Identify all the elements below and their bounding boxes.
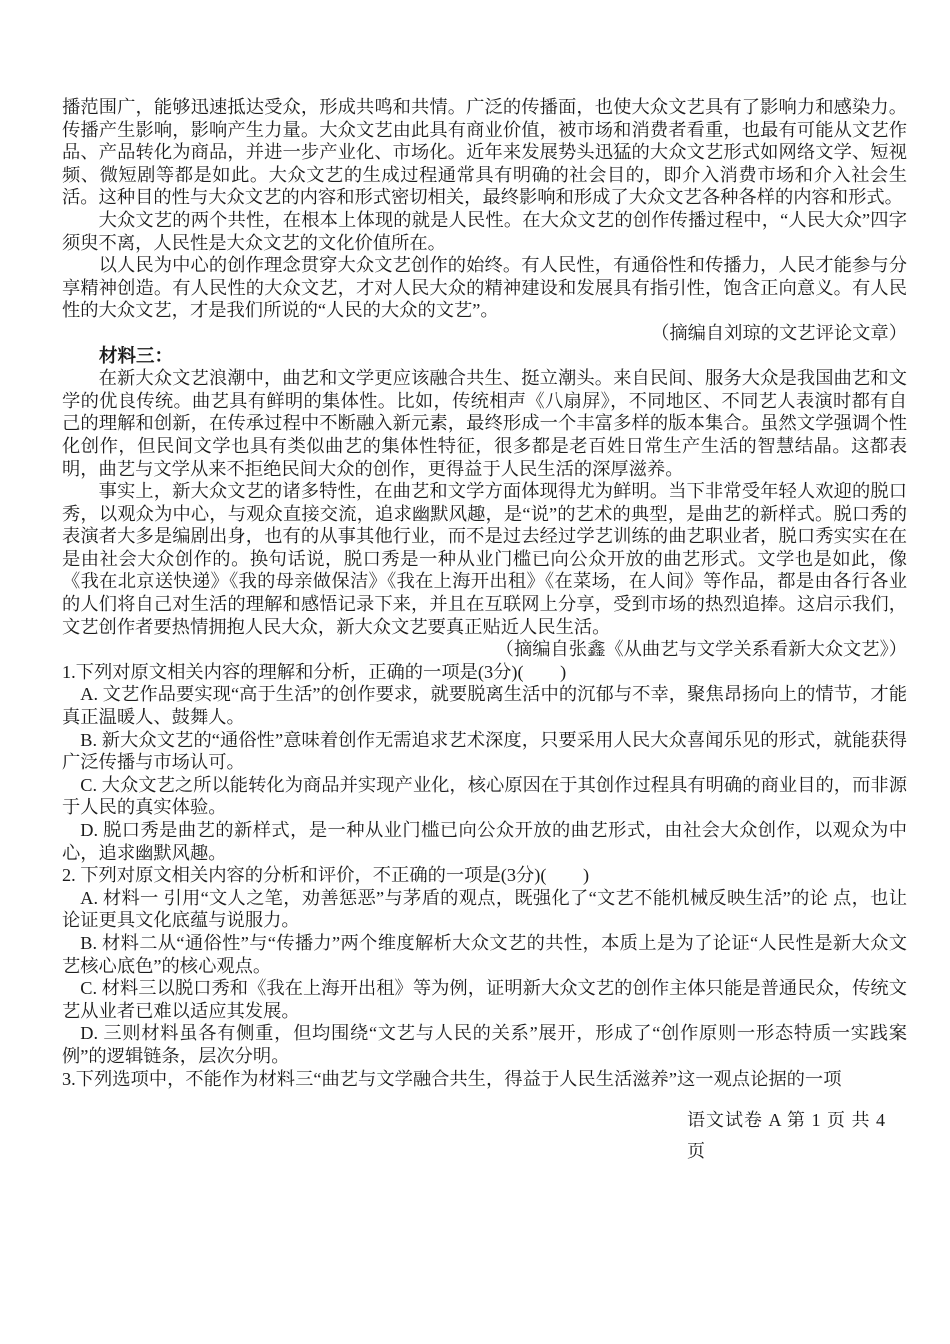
question-2-option-a: A. 材料一 引用“文人之笔，劝善惩恶”与茅盾的观点，既强化了“文艺不能机械反映… (62, 887, 907, 932)
material2-attribution: （摘编自刘琼的文艺评论文章） (62, 322, 907, 345)
question-1-option-a: A. 文艺作品要实现“高于生活”的创作要求，就要脱离生活中的沉郁与不幸，聚焦昂扬… (62, 683, 907, 728)
question-2-stem: 2. 下列对原文相关内容的分析和评价，不正确的一项是(3分)( ) (62, 864, 907, 887)
question-1-stem: 1.下列对原文相关内容的理解和分析，正确的一项是(3分)( ) (62, 661, 907, 684)
material2-paragraph-3: 以人民为中心的创作理念贯穿大众文艺创作的始终。有人民性，有通俗性和传播力，人民才… (62, 254, 907, 322)
document-body: 播范围广，能够迅速抵达受众，形成共鸣和共情。广泛的传播面，也使大众文艺具有了影响… (62, 96, 907, 1090)
question-3-stem: 3.下列选项中，不能作为材料三“曲艺与文学融合共生，得益于人民生活滋养”这一观点… (62, 1068, 907, 1091)
question-2-option-c: C. 材料三以脱口秀和《我在上海开出租》等为例，证明新大众文艺的创作主体只能是普… (62, 977, 907, 1022)
material2-paragraph-1: 播范围广，能够迅速抵达受众，形成共鸣和共情。广泛的传播面，也使大众文艺具有了影响… (62, 96, 907, 209)
footer-line-1: 语文试卷 A 第 1 页 共 4 (687, 1105, 902, 1136)
question-1-option-b: B. 新大众文艺的“通俗性”意味着创作无需追求艺术深度，只要采用人民大众喜闻乐见… (62, 729, 907, 774)
footer-line-2: 页 (687, 1136, 902, 1167)
question-2-option-d: D. 三则材料虽各有侧重，但均围绕“文艺与人民的关系”展开，形成了“创作原则一形… (62, 1022, 907, 1067)
exam-page: 播范围广，能够迅速抵达受众，形成共鸣和共情。广泛的传播面，也使大众文艺具有了影响… (0, 0, 950, 1344)
question-1-option-d: D. 脱口秀是曲艺的新样式，是一种从业门槛已向公众开放的曲艺形式，由社会大众创作… (62, 819, 907, 864)
material3-paragraph-2: 事实上，新大众文艺的诸多特性，在曲艺和文学方面体现得尤为鲜明。当下非常受年轻人欢… (62, 480, 907, 638)
material3-paragraph-1: 在新大众文艺浪潮中，曲艺和文学更应该融合共生、挺立潮头。来自民间、服务大众是我国… (62, 367, 907, 480)
material3-attribution: （摘编自张鑫《从曲艺与文学关系看新大众文艺》） (62, 638, 907, 661)
material2-paragraph-2: 大众文艺的两个共性，在根本上体现的就是人民性。在大众文艺的创作传播过程中，“人民… (62, 209, 907, 254)
question-1-option-c: C. 大众文艺之所以能转化为商品并实现产业化，核心原因在于其创作过程具有明确的商… (62, 774, 907, 819)
material3-heading: 材料三： (62, 345, 907, 368)
question-2-option-b: B. 材料二从“通俗性”与“传播力”两个维度解析大众文艺的共性，本质上是为了论证… (62, 932, 907, 977)
page-footer: 语文试卷 A 第 1 页 共 4 页 (687, 1105, 902, 1167)
